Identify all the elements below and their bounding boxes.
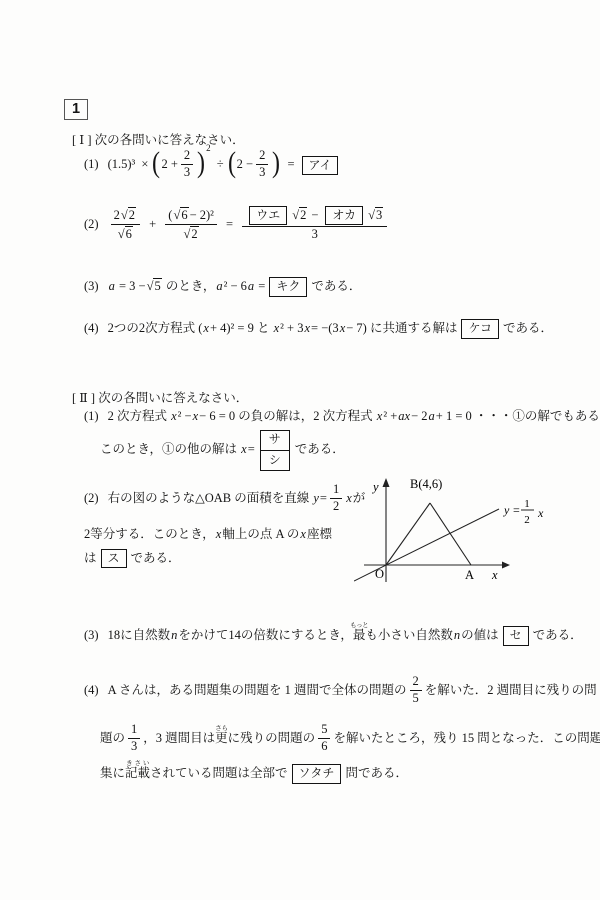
sqrt: √2 xyxy=(121,208,136,222)
variable-x: x xyxy=(300,527,306,541)
variable-x: x xyxy=(171,409,177,423)
text: 集に xyxy=(100,766,125,780)
point-a-label: A xyxy=(465,568,474,582)
problem-2-4-line2: 題の13，3 週間目は更さらに残りの問題の56を解いたところ，残り 15 問とな… xyxy=(100,724,600,755)
variable-x: x xyxy=(304,321,310,335)
radical-sign: √ xyxy=(121,208,128,222)
answer-box-ai: アイ xyxy=(302,156,339,175)
line-equation-x: x xyxy=(537,506,544,520)
variable-x: x xyxy=(274,321,280,335)
text: 2つの2次方程式 xyxy=(108,321,196,335)
text: 軸上の点 A の xyxy=(222,527,299,541)
triangle-side-ob xyxy=(386,503,430,565)
radical-sign: √ xyxy=(173,208,180,222)
problem-1-1: (1)(1.5)³ ×(2 +23)2 ÷(2 −23) =アイ xyxy=(84,150,342,181)
text: 2 次方程式 xyxy=(108,409,167,423)
ruby-kisai: 記載きさい xyxy=(125,766,150,780)
text: に残りの問題の xyxy=(228,731,316,745)
answer-fraction-box: サシ xyxy=(260,430,290,471)
plus-operator: + xyxy=(149,217,156,231)
problem-label: (2) xyxy=(84,491,99,505)
line-equation-y: y xyxy=(503,503,510,517)
problem-label: (3) xyxy=(84,628,99,642)
ruby-sara: 更さら xyxy=(215,731,228,745)
math-text: − 6 = 0 の負の解は，2 次方程式 xyxy=(199,409,372,423)
problem-label: (2) xyxy=(84,217,99,231)
text: ，3 週間目は xyxy=(143,731,215,745)
text: である． xyxy=(131,551,181,565)
variable-ax: ax xyxy=(398,409,410,423)
problem-2-2-line2: 2等分する．このとき，x軸上の点 A のx座標 xyxy=(84,524,374,542)
fraction: 25 xyxy=(410,675,422,706)
triangle-side-ba xyxy=(430,503,471,565)
answer-box-sotachi: ソタチ xyxy=(292,764,342,783)
text: 18に自然数 xyxy=(108,628,171,642)
problem-2-2-line1: (2)右の図のような△OAB の面積を直線 y=12xが xyxy=(84,484,374,515)
line-equation-numerator: 1 xyxy=(524,498,530,510)
text: − 7) に共通する解は xyxy=(346,321,457,335)
fraction: 23 xyxy=(256,149,268,180)
problem-label: (4) xyxy=(84,321,99,335)
sqrt: √2 xyxy=(292,208,307,222)
answer-box-se: セ xyxy=(503,626,529,645)
equals-sign: = xyxy=(287,157,294,171)
point-b-label: B(4,6) xyxy=(410,477,442,491)
variable-x: x xyxy=(203,321,209,335)
text: である． xyxy=(311,279,361,293)
line-equation-denominator: 2 xyxy=(524,514,530,526)
text: は xyxy=(84,551,97,565)
text: 座標 xyxy=(307,527,332,541)
problem-label: (3) xyxy=(84,279,99,293)
math-text: + 1 = 0 ・・・①の解でもある． xyxy=(436,409,600,423)
ruby-motto: 最もっと xyxy=(353,628,366,642)
variable-a: a xyxy=(109,279,115,293)
problem-2-2: (2)右の図のような△OAB の面積を直線 y=12xが 2等分する．このとき，… xyxy=(84,484,374,568)
variable-a: a xyxy=(429,409,435,423)
fraction: ウエ√2−オカ√33 xyxy=(242,206,387,242)
equals-sign: = xyxy=(258,279,265,293)
fraction: (√6− 2)²√2 xyxy=(165,207,217,242)
text: の値は xyxy=(461,628,499,642)
problem-label: (1) xyxy=(84,157,99,171)
math-text: 2 − xyxy=(237,157,253,171)
text: 右の図のような△OAB の面積を直線 xyxy=(108,491,310,505)
fraction: 56 xyxy=(318,723,330,754)
x-axis-label: x xyxy=(491,568,498,582)
sqrt: √6 xyxy=(173,208,188,222)
problem-1-2: (2)2√2√6 + (√6− 2)²√2 = ウエ√2−オカ√33 xyxy=(84,207,390,243)
line-equation-equals: = xyxy=(513,503,520,517)
exponent: 2 xyxy=(206,143,211,153)
sqrt: √5 xyxy=(147,279,162,293)
times-operator: × xyxy=(141,157,148,171)
radical-sign: √ xyxy=(292,208,299,222)
minus-operator: − xyxy=(311,208,318,222)
variable-x: x xyxy=(193,409,199,423)
equals-sign: = xyxy=(248,442,255,456)
y-axis-arrow-icon xyxy=(383,478,390,487)
math-base: (1.5)³ xyxy=(108,157,136,171)
problem-2-3: (3)18に自然数nをかけて14の倍数にするとき，最もっとも小さい自然数nの値は… xyxy=(84,622,583,646)
x-axis-arrow-icon xyxy=(502,562,510,569)
answer-box-ue: ウエ xyxy=(249,206,287,225)
answer-box-keko: ケコ xyxy=(461,319,499,338)
radical-sign: √ xyxy=(184,227,191,241)
problem-1-4: (4)2つの2次方程式 (x+ 4)² = 9 と x² + 3x= −(3x−… xyxy=(84,318,553,339)
problem-2-4-line3: 集に記載きさいされている問題は全部でソタチ問である． xyxy=(100,760,408,784)
problem-label: (4) xyxy=(84,683,99,697)
math-text: ² + 3 xyxy=(280,321,303,335)
text: である． xyxy=(503,321,553,335)
problem-2-4-line1: (4)A さんは，ある問題集の問題を 1 週間で全体の問題の25を解いた．2 週… xyxy=(84,676,597,707)
y-axis-label: y xyxy=(371,480,379,494)
text: 題の xyxy=(100,731,125,745)
text: このとき，①の他の解は xyxy=(100,442,237,456)
text: をかけて14の倍数にするとき， xyxy=(178,628,353,642)
answer-box-sa: サ xyxy=(261,431,289,451)
math-text: = 3 − xyxy=(119,279,146,293)
text: 2等分する．このとき， xyxy=(84,527,215,541)
variable-x: x xyxy=(377,409,383,423)
text: 問である． xyxy=(345,766,408,780)
variable-x: x xyxy=(216,527,222,541)
triangle-oab-figure: y B(4,6) O A x y = 1 2 x xyxy=(354,470,600,594)
problem-2-2-line3: はスである． xyxy=(84,548,374,569)
variable-x: x xyxy=(346,491,352,505)
math-text: − 2 xyxy=(411,409,427,423)
answer-box-shi: シ xyxy=(261,451,289,470)
radical-sign: √ xyxy=(118,227,125,241)
math-text: ² − 6 xyxy=(224,279,247,293)
section2-heading: [ Ⅱ ] 次の各問いに答えなさい． xyxy=(72,388,248,406)
math-text: + 4)² xyxy=(210,321,234,335)
problem-1-3: (3)a = 3 −√5 のとき，a² − 6a =キクである． xyxy=(84,276,361,297)
answer-box-su: ス xyxy=(101,549,127,568)
sqrt: √6 xyxy=(118,227,133,241)
divide-operator: ÷ xyxy=(217,157,224,171)
variable-n: n xyxy=(454,628,460,642)
math-text: = 9 と xyxy=(237,321,269,335)
text: も小さい自然数 xyxy=(365,628,453,642)
text: されている問題は全部で xyxy=(150,766,288,780)
math-text: ² − xyxy=(178,409,192,423)
text: である． xyxy=(295,442,345,456)
answer-box-kiku: キク xyxy=(269,277,307,296)
text: のとき， xyxy=(166,279,216,293)
math-text: = −(3 xyxy=(311,321,339,335)
radical-sign: √ xyxy=(147,279,154,293)
variable-a: a xyxy=(216,279,222,293)
variable-a: a xyxy=(248,279,254,293)
exam-page: 1 [ Ⅰ ] 次の各問いに答えなさい． (1)(1.5)³ ×(2 +23)2… xyxy=(0,0,600,900)
equals-sign: = xyxy=(226,217,233,231)
variable-x: x xyxy=(340,321,346,335)
text: A さんは，ある問題集の問題を 1 週間で全体の問題の xyxy=(108,683,407,697)
sqrt: √2 xyxy=(184,227,199,241)
variable-x: x xyxy=(241,442,247,456)
text: を解いたところ，残り 15 問となった．この問題 xyxy=(333,731,600,745)
fraction: 12 xyxy=(330,483,342,514)
math-text: 2 + xyxy=(161,157,177,171)
variable-y: y xyxy=(313,491,319,505)
text: である． xyxy=(533,628,583,642)
math-text: ² + xyxy=(383,409,397,423)
problem-2-1-line2: このとき，①の他の解は x=サシである． xyxy=(100,430,345,471)
math-text: ( xyxy=(198,321,202,335)
variable-n: n xyxy=(171,628,177,642)
text: を解いた．2 週間目に残りの問 xyxy=(425,683,597,697)
sqrt: √3 xyxy=(368,208,383,222)
fraction: 23 xyxy=(181,149,193,180)
origin-label: O xyxy=(375,567,384,581)
problem-number-box: 1 xyxy=(64,99,88,120)
answer-box-oka: オカ xyxy=(325,206,363,225)
equals-sign: = xyxy=(320,491,327,505)
fraction: 2√2√6 xyxy=(111,207,140,242)
radical-sign: √ xyxy=(368,208,375,222)
fraction: 13 xyxy=(128,723,140,754)
problem-2-1-line1: (1)2 次方程式 x² −x− 6 = 0 の負の解は，2 次方程式 x² +… xyxy=(84,406,600,424)
problem-label: (1) xyxy=(84,409,99,423)
